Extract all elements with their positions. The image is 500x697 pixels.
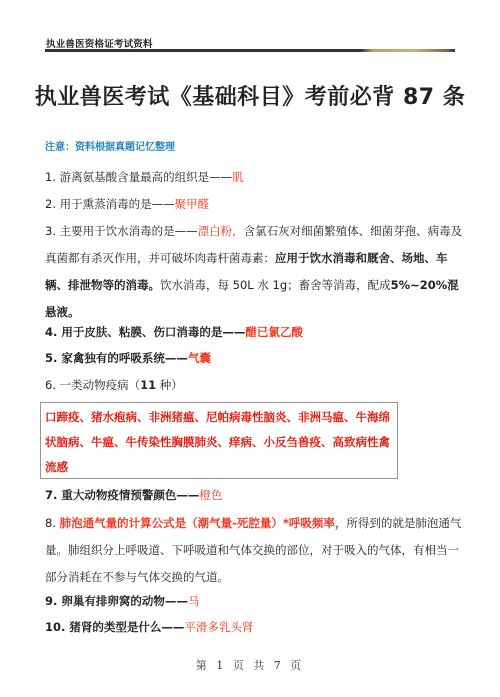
item-number: 4. <box>45 325 57 339</box>
list-item-3: 3. 主要用于饮水消毒的是——漂白粉，含氯石灰对细菌繁殖体、细菌芽孢、病毒及真菌… <box>45 218 463 326</box>
item-question: 游离氨基酸含量最高的组织是—— <box>60 170 233 184</box>
item-answer: 漂白粉， <box>198 224 244 238</box>
list-item-10: 10. 猪肾的类型是什么——平滑多乳头肾 <box>45 616 253 639</box>
item-number: 7. <box>45 488 57 502</box>
item-number: 5. <box>45 351 57 365</box>
item-number: 8. <box>45 516 56 530</box>
list-item-4: 4. 用于皮肤、粘膜、伤口消毒的是——醋已氯乙酸 <box>45 321 303 344</box>
item-question: 主要用于饮水消毒的是—— <box>60 224 198 238</box>
item-answer: 聚甲醛 <box>175 197 210 211</box>
page-number: 第 1 页 共 7 页 <box>0 657 500 673</box>
item-question: 卵巢有排卵窝的动物—— <box>61 594 188 608</box>
item-detail-2: 饮水消毒，每 50L 水 1g；畜舍等消毒，配成 <box>160 278 391 292</box>
item-answer: 肌 <box>232 170 244 184</box>
item-number: 2. <box>45 197 56 211</box>
item-question: 用于皮肤、粘膜、伤口消毒的是—— <box>61 325 245 339</box>
header-rule <box>45 49 455 52</box>
item-question: 家禽独有的呼吸系统—— <box>61 351 188 365</box>
note-text: 注意：资料根据真题记忆整理 <box>45 138 175 153</box>
item-answer: 马 <box>188 594 200 608</box>
item-number: 10. <box>45 620 65 634</box>
list-item-9: 9. 卵巢有排卵窝的动物——马 <box>45 590 199 613</box>
item-question: 用于熏蒸消毒的是—— <box>60 197 175 211</box>
list-item-7: 7. 重大动物疫情预警颜色——橙色 <box>45 484 222 507</box>
list-item-1: 1. 游离氨基酸含量最高的组织是——肌 <box>45 166 244 189</box>
item-answer: 醋已氯乙酸 <box>245 325 303 339</box>
item-count: 11 <box>140 378 156 392</box>
list-item-5: 5. 家禽独有的呼吸系统——气囊 <box>45 347 211 370</box>
item-number: 1. <box>45 170 56 184</box>
disease-list-box: 口蹄疫、猪水疱病、非洲猪瘟、尼帕病毒性脑炎、非洲马瘟、牛海绵状脑病、牛瘟、牛传染… <box>40 402 398 479</box>
item-answer: 橙色 <box>199 488 222 502</box>
item-question: 猪肾的类型是什么—— <box>69 620 184 634</box>
document-title: 执业兽医考试《基础科目》考前必背 87 条 <box>0 80 500 111</box>
item-number: 9. <box>45 594 57 608</box>
item-question: 重大动物疫情预警颜色—— <box>61 488 199 502</box>
item-answer: 平滑多乳头肾 <box>184 620 253 634</box>
item-number: 6. <box>45 378 56 392</box>
list-item-6: 6. 一类动物疫病（11 种） <box>45 374 183 397</box>
item-answer: 气囊 <box>188 351 211 365</box>
item-question: 一类动物疫病（ <box>60 378 141 392</box>
item-number: 3. <box>45 224 56 238</box>
list-item-2: 2. 用于熏蒸消毒的是——聚甲醛 <box>45 193 209 216</box>
item-question-end: 种） <box>156 378 183 392</box>
item-answer: 肺泡通气量的计算公式是（潮气量-死腔量）*呼吸频率， <box>60 516 347 530</box>
running-header: 执业兽医资格证考试资料 <box>46 36 153 50</box>
list-item-8: 8. 肺泡通气量的计算公式是（潮气量-死腔量）*呼吸频率，所得到的就是肺泡通气量… <box>45 510 463 591</box>
